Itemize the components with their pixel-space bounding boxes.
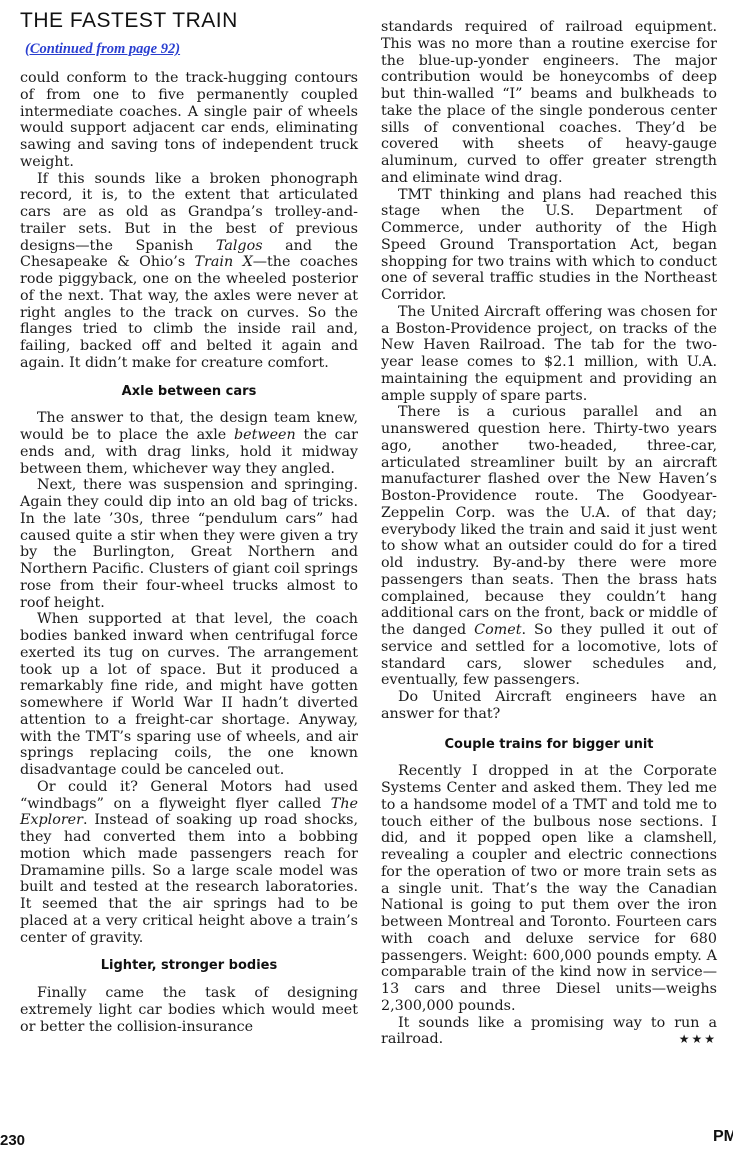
paragraph: If this sounds like a broken phonograph … bbox=[20, 171, 358, 372]
paragraph: Finally came the task of designing extre… bbox=[20, 985, 358, 1035]
end-of-article-stars-icon: ★★★ bbox=[662, 1031, 717, 1048]
paragraph: Recently I dropped in at the Corporate S… bbox=[381, 763, 717, 1014]
paragraph: There is a curious parallel and an unans… bbox=[381, 404, 717, 689]
paragraph: The United Aircraft offering was chosen … bbox=[381, 304, 717, 405]
magazine-abbreviation: PM bbox=[713, 1128, 733, 1146]
paragraph: The answer to that, the design team knew… bbox=[20, 410, 358, 477]
paragraph: When supported at that level, the coach … bbox=[20, 611, 358, 779]
subheading-axle-between-cars: Axle between cars bbox=[20, 384, 358, 401]
right-column: standards required of railroad equipment… bbox=[381, 19, 717, 1048]
subheading-lighter-stronger-bodies: Lighter, stronger bodies bbox=[20, 958, 358, 975]
article-title: THE FASTEST TRAIN bbox=[20, 9, 238, 33]
left-column: could conform to the track-hugging conto… bbox=[20, 70, 358, 1035]
continued-from-link[interactable]: (Continued from page 92) bbox=[25, 41, 180, 58]
paragraph: could conform to the track-hugging conto… bbox=[20, 70, 358, 171]
paragraph: TMT thinking and plans had reached this … bbox=[381, 187, 717, 304]
paragraph: Or could it? General Motors had used “wi… bbox=[20, 779, 358, 947]
paragraph: standards required of railroad equipment… bbox=[381, 19, 717, 187]
paragraph: Next, there was suspension and springing… bbox=[20, 477, 358, 611]
page-number: 230 bbox=[0, 1132, 25, 1149]
paragraph: Do United Aircraft engineers have an ans… bbox=[381, 689, 717, 723]
paragraph: It sounds like a promising way to run a … bbox=[381, 1015, 717, 1049]
subheading-couple-trains: Couple trains for bigger unit bbox=[381, 737, 717, 754]
